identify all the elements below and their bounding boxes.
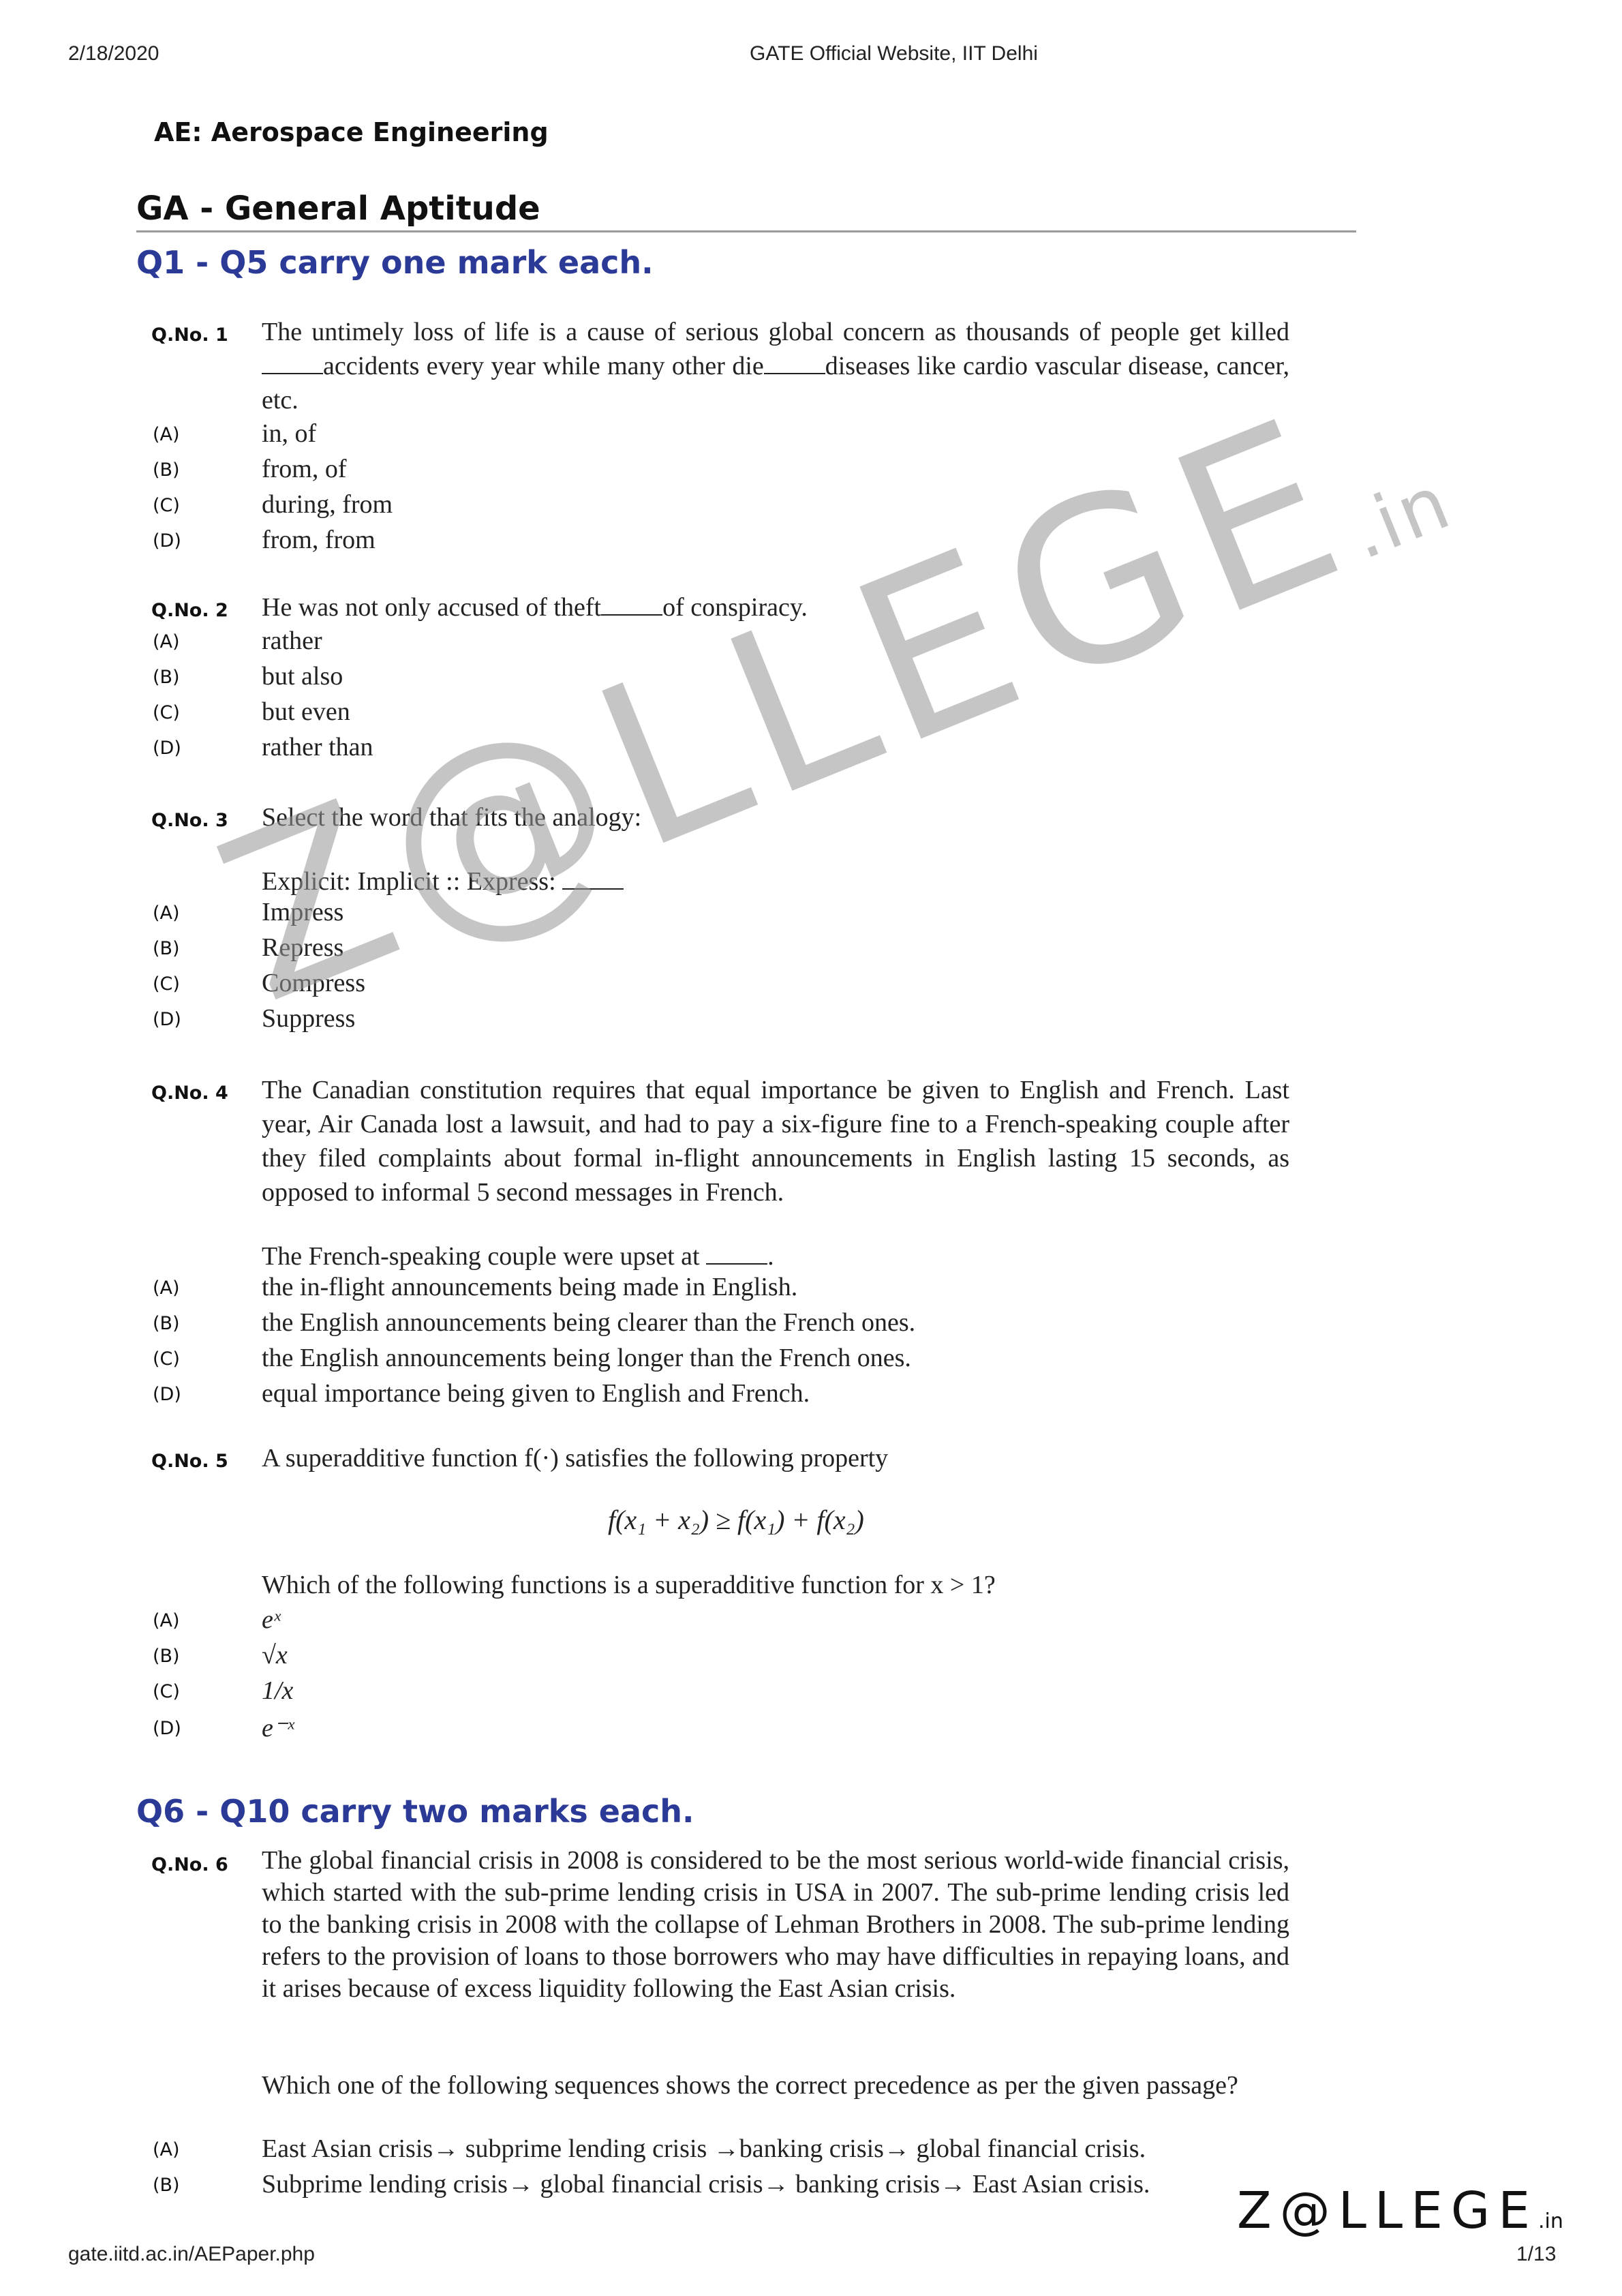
question-number: Q.No. 3 (151, 810, 228, 831)
option-a: (A)Impress (151, 897, 1289, 933)
blank (706, 1263, 767, 1265)
option-label: (C) (153, 702, 180, 723)
option-label: (B) (153, 459, 180, 481)
watermark-suffix: .in (1338, 457, 1463, 576)
option-label: (A) (153, 631, 180, 652)
option-label: (D) (153, 738, 181, 759)
option-a: (A)rather (151, 626, 1289, 661)
question-number: Q.No. 4 (151, 1083, 228, 1104)
option-text: Impress (262, 897, 343, 927)
option-c: (C)the English announcements being longe… (151, 1343, 1289, 1378)
option-d: (D)Suppress (151, 1003, 1289, 1039)
option-text: during, from (262, 489, 393, 519)
question-number: Q.No. 6 (151, 1854, 228, 1875)
option-a: (A)East Asian crisis→ subprime lending c… (151, 2134, 1289, 2169)
question-subtext: The French-speaking couple were upset at… (262, 1239, 1289, 1273)
option-b: (B)Repress (151, 933, 1289, 968)
option-text: East Asian crisis→ subprime lending cris… (262, 2134, 1146, 2164)
option-text: in, of (262, 419, 316, 449)
blank (601, 614, 662, 616)
analogy-text: Explicit: Implicit :: Express: (262, 867, 556, 896)
question-text: A superadditive function f(·) satisfies … (262, 1441, 1289, 1475)
option-label: (A) (153, 1278, 180, 1299)
option-text: equal importance being given to English … (262, 1378, 810, 1408)
option-text: Repress (262, 933, 343, 963)
question-text: The untimely loss of life is a cause of … (262, 315, 1289, 417)
question-number: Q.No. 1 (151, 324, 228, 346)
option-b: (B)Subprime lending crisis→ global finan… (151, 2169, 1289, 2205)
option-b: (B)from, of (151, 454, 1289, 489)
question-subtext: Which one of the following sequences sho… (262, 2070, 1289, 2102)
option-label: (A) (153, 903, 180, 924)
question-text: The Canadian constitution requires that … (262, 1073, 1289, 1209)
section-title: GA - General Aptitude (136, 190, 540, 228)
logo-suffix: .in (1538, 2209, 1563, 2233)
option-c: (C)1/x (151, 1676, 1289, 1711)
marks-band-two: Q6 - Q10 carry two marks each. (136, 1793, 694, 1830)
marks-band-one: Q1 - Q5 carry one mark each. (136, 244, 654, 281)
page-number: 1/13 (1516, 2243, 1556, 2266)
option-text: Subprime lending crisis→ global financia… (262, 2169, 1150, 2199)
option-label: (C) (153, 1348, 180, 1370)
option-text: Compress (262, 968, 365, 998)
option-d: (D)e⁻ˣ (151, 1712, 1289, 1748)
option-label: (D) (153, 530, 181, 552)
option-d: (D)from, from (151, 525, 1289, 560)
option-label: (A) (153, 424, 180, 445)
option-text: √x (262, 1640, 288, 1670)
option-a: (A)the in-flight announcements being mad… (151, 1272, 1289, 1308)
section-divider (136, 230, 1356, 232)
option-b: (B)√x (151, 1640, 1289, 1676)
question-number: Q.No. 5 (151, 1451, 228, 1472)
text-part: accidents every year while many other di… (323, 352, 764, 380)
option-text: eˣ (262, 1605, 281, 1635)
option-label: (C) (153, 495, 180, 516)
option-label: (D) (153, 1718, 181, 1739)
option-text: but even (262, 697, 350, 727)
prompt-text: The French-speaking couple were upset at (262, 1242, 700, 1271)
blank (262, 372, 323, 374)
option-text: from, of (262, 454, 347, 484)
paper-name: AE: Aerospace Engineering (154, 117, 549, 147)
option-c: (C)Compress (151, 968, 1289, 1003)
brand-logo: Z@LLEGE.in (1237, 2181, 1563, 2240)
page-url: gate.iitd.ac.in/AEPaper.php (68, 2243, 315, 2266)
option-c: (C)during, from (151, 489, 1289, 525)
option-d: (D)rather than (151, 732, 1289, 768)
option-label: (A) (153, 1610, 180, 1631)
question-number: Q.No. 2 (151, 600, 228, 621)
option-b: (B)but also (151, 661, 1289, 697)
option-text: from, from (262, 525, 376, 555)
option-label: (C) (153, 1681, 180, 1702)
text-part: He was not only accused of theft (262, 593, 601, 622)
option-label: (B) (153, 667, 180, 688)
option-label: (C) (153, 973, 180, 995)
text-part: The untimely loss of life is a cause of … (262, 318, 1289, 346)
option-text: the in-flight announcements being made i… (262, 1272, 797, 1302)
option-label: (D) (153, 1384, 181, 1405)
option-c: (C)but even (151, 697, 1289, 732)
question-subtext: Which of the following functions is a su… (262, 1568, 1289, 1602)
option-text: e⁻ˣ (262, 1712, 294, 1743)
blank (562, 888, 624, 890)
formula: f(x₁ + x₂) ≥ f(x₁) + f(x₂) (608, 1504, 864, 1536)
text-part: of conspiracy. (662, 593, 808, 622)
print-date: 2/18/2020 (68, 42, 159, 65)
option-label: (A) (153, 2139, 180, 2160)
option-label: (D) (153, 1009, 181, 1030)
option-label: (B) (153, 1646, 180, 1667)
option-text: rather (262, 626, 322, 656)
option-d: (D)equal importance being given to Engli… (151, 1378, 1289, 1414)
option-text: 1/x (262, 1676, 293, 1706)
question-text: Select the word that fits the analogy: (262, 800, 1289, 834)
option-text: but also (262, 661, 343, 691)
option-label: (B) (153, 938, 180, 959)
option-a: (A)eˣ (151, 1605, 1289, 1640)
logo-text: Z@LLEGE (1237, 2181, 1538, 2240)
option-text: rather than (262, 732, 373, 762)
option-b: (B)the English announcements being clear… (151, 1308, 1289, 1343)
option-a: (A)in, of (151, 419, 1289, 454)
print-page-title: GATE Official Website, IIT Delhi (750, 42, 1038, 65)
option-text: Suppress (262, 1003, 355, 1033)
option-text: the English announcements being longer t… (262, 1343, 911, 1373)
blank (764, 372, 825, 374)
option-label: (B) (153, 2175, 180, 2196)
question-text: He was not only accused of theftof consp… (262, 590, 1289, 624)
question-subtext: Explicit: Implicit :: Express: (262, 864, 1289, 898)
question-text: The global financial crisis in 2008 is c… (262, 1845, 1289, 2005)
option-text: the English announcements being clearer … (262, 1308, 915, 1338)
option-label: (B) (153, 1313, 180, 1334)
